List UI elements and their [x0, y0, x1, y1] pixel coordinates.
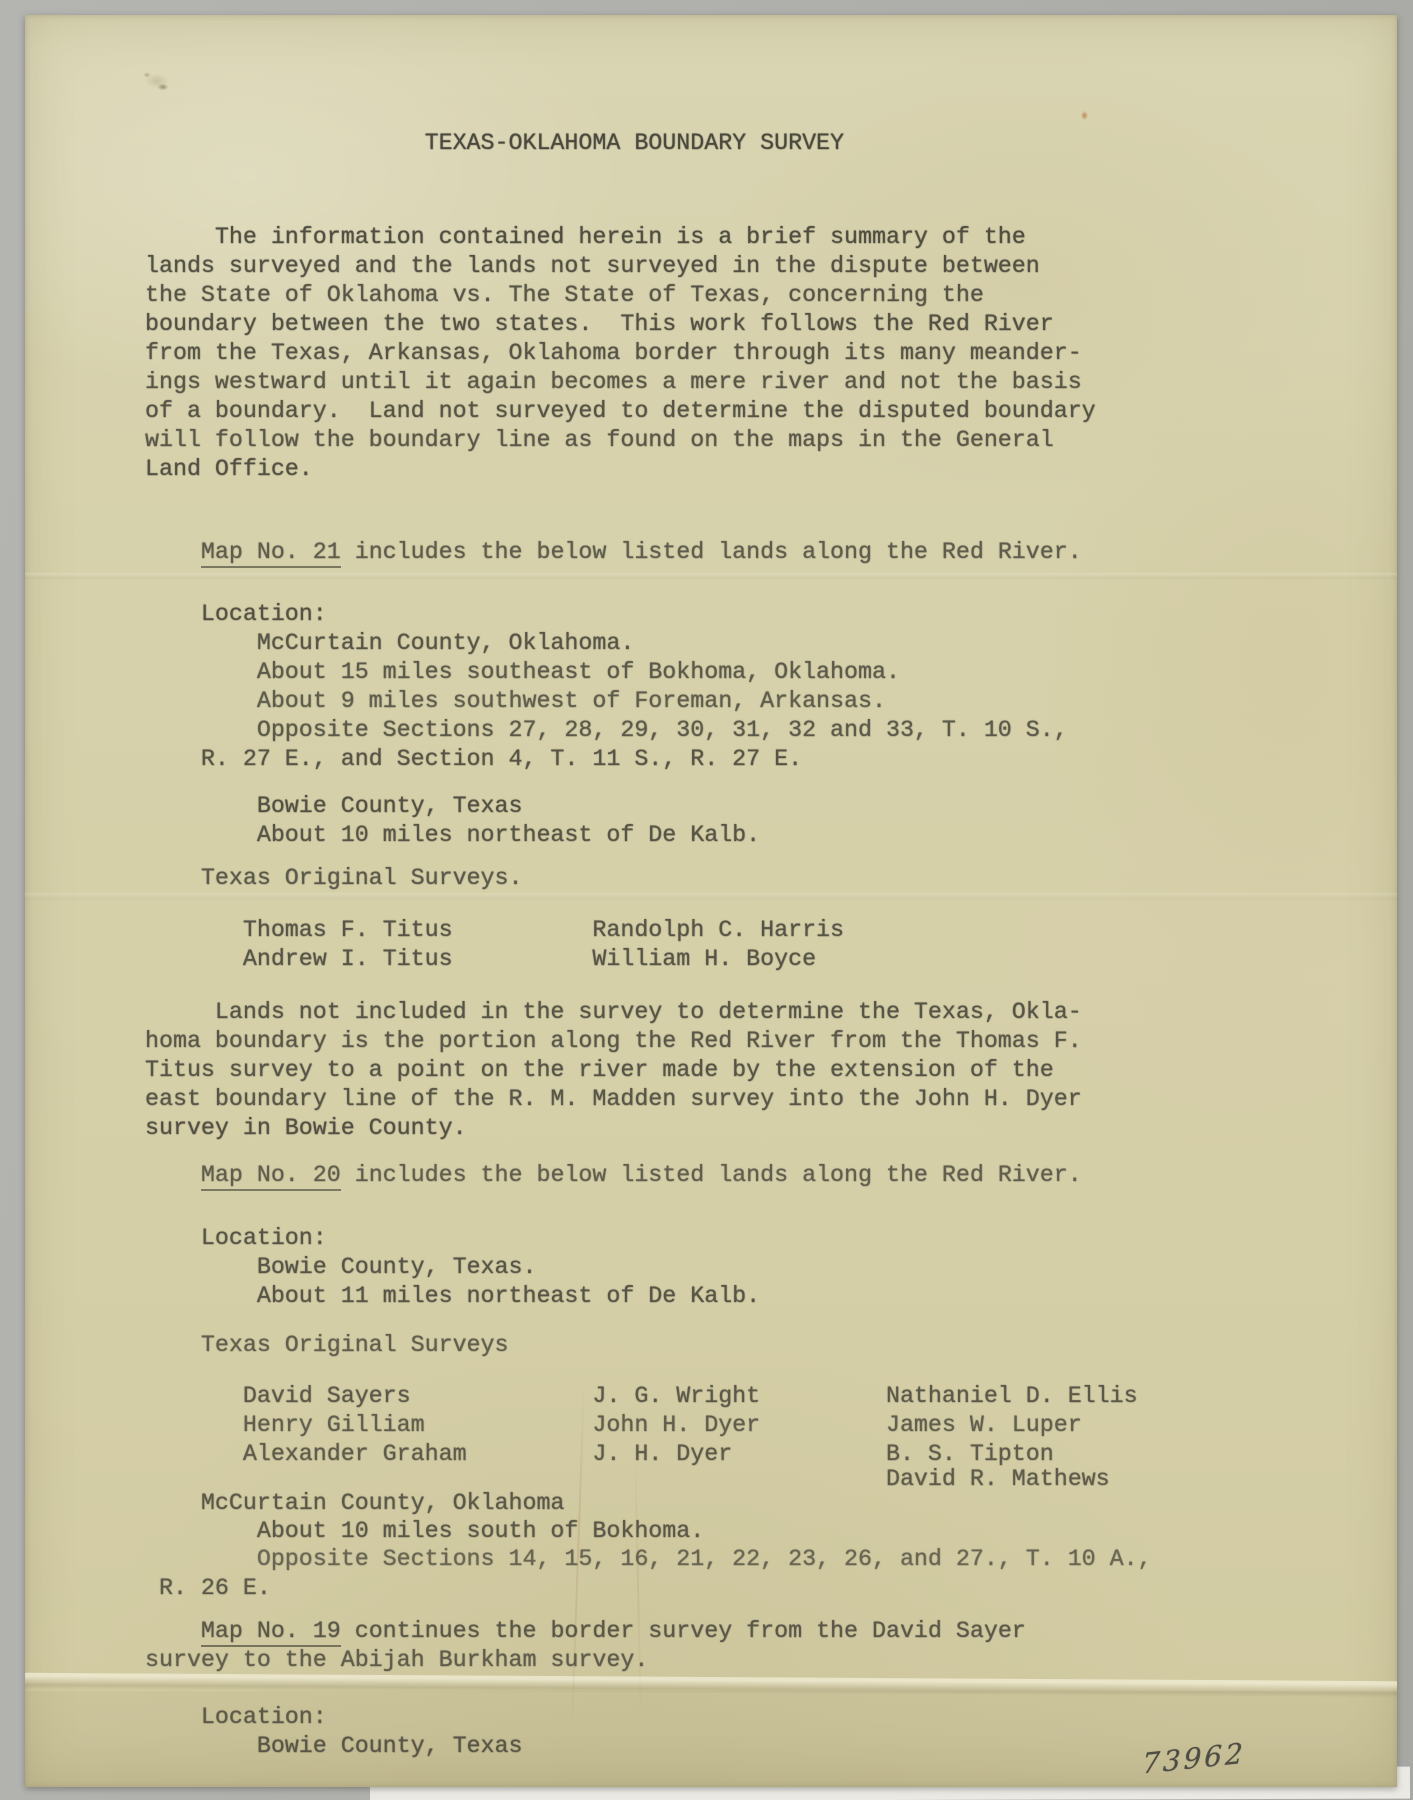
paper-scratch	[634, 1445, 642, 1725]
fold-crease-upper	[25, 573, 1397, 580]
scanned-document-stage: TEXAS-OKLAHOMA BOUNDARY SURVEY The infor…	[0, 0, 1413, 1800]
paper-scratch	[571, 1380, 585, 1730]
ink-smudge-mark	[133, 63, 185, 103]
fold-crease-lower	[25, 1673, 1397, 1697]
fold-crease-middle	[25, 893, 1397, 901]
typewritten-page	[25, 15, 1397, 1787]
rust-speck-mark	[1081, 111, 1088, 120]
